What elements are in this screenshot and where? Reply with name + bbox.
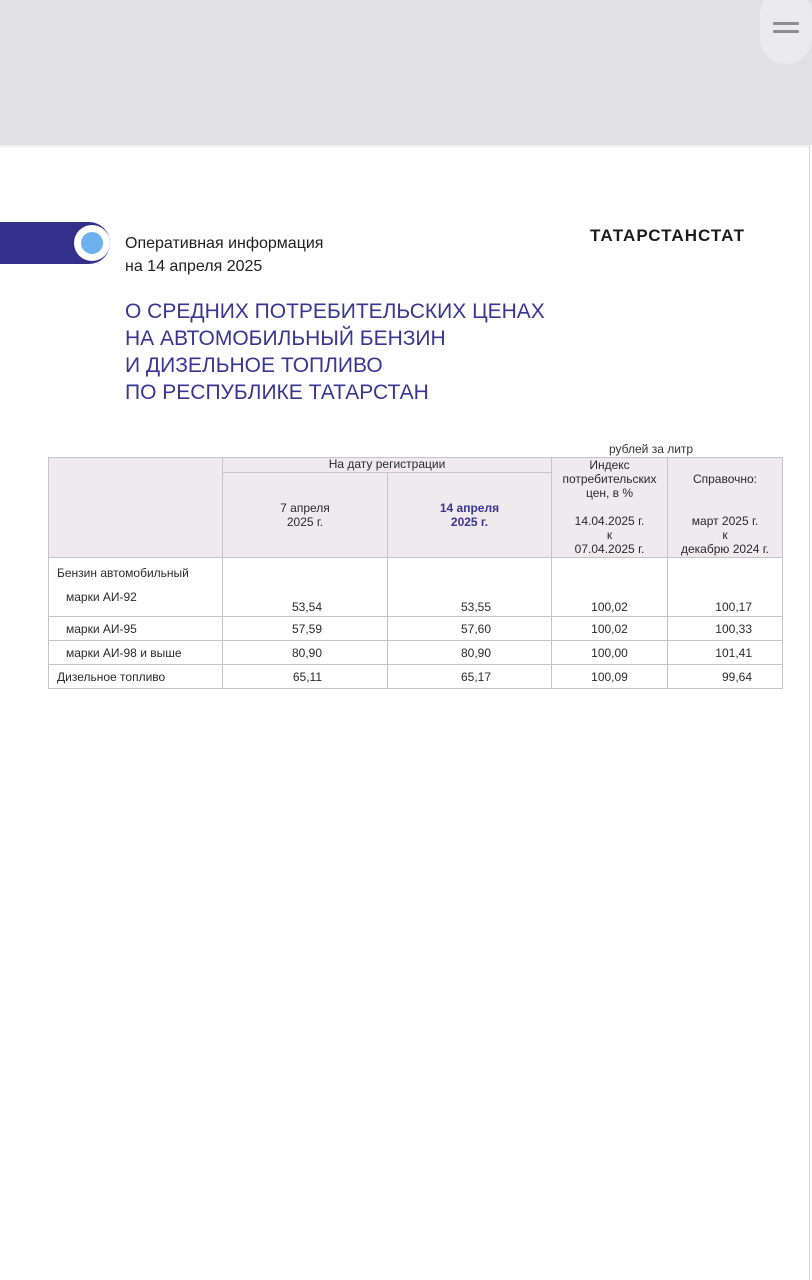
divider (0, 145, 812, 147)
row-label: Дизельное топливо (49, 665, 223, 689)
page-title: О средних потребительских ценах на автом… (125, 298, 545, 406)
viewer-top-bar (0, 0, 812, 146)
table-row: Дизельное топливо 65,11 65,17 100,09 99,… (49, 665, 783, 689)
row-label: марки АИ-98 и выше (49, 641, 223, 665)
header-text: к (552, 528, 667, 542)
header-text: к (668, 528, 782, 542)
header-text: 7 апреля (223, 501, 387, 515)
header-text: 14 апреля (388, 501, 551, 515)
cell-cpi: 100,09 (552, 665, 668, 689)
header-text: потребительских (552, 472, 667, 486)
cell-reference: 101,41 (668, 641, 783, 665)
row-label: Бензин автомобильный марки АИ-92 (49, 558, 223, 617)
row-label: марки АИ-95 (49, 617, 223, 641)
cell-apr7: 65,11 (223, 665, 388, 689)
cell-cpi: 100,00 (552, 641, 668, 665)
header-registration-date: На дату регистрации (223, 458, 552, 473)
header-text: Индекс (552, 458, 667, 472)
header-text: 2025 г. (223, 515, 387, 529)
table-row: марки АИ-95 57,59 57,60 100,02 100,33 (49, 617, 783, 641)
cell-reference: 100,33 (668, 617, 783, 641)
cell-apr7: 80,90 (223, 641, 388, 665)
title-line: на автомобильный бензин (125, 325, 545, 352)
cell-apr14: 80,90 (388, 641, 552, 665)
header-text: цен, в % (552, 486, 667, 500)
header-text: март 2025 г. (668, 514, 782, 528)
info-line-1: Оперативная информация (125, 232, 323, 255)
units-label: рублей за литр (609, 442, 693, 456)
cell-apr7: 57,59 (223, 617, 388, 641)
header-text: Справочно: (668, 472, 782, 486)
accent-dot-icon (81, 232, 103, 254)
header-text: 14.04.2025 г. (552, 514, 667, 528)
cell-apr14: 57,60 (388, 617, 552, 641)
cell-apr7: 53,54 (223, 558, 388, 617)
header-empty-cell (49, 458, 223, 558)
cell-apr14: 53,55 (388, 558, 552, 617)
brand-logo: ТАТАРСТАНСТАТ (590, 226, 745, 246)
info-line-2: на 14 апреля 2025 (125, 255, 323, 278)
header-date-apr14: 14 апреля 2025 г. (388, 473, 552, 558)
operational-info: Оперативная информация на 14 апреля 2025 (125, 232, 323, 278)
header-reference: Справочно: март 2025 г. к декабрю 2024 г… (668, 458, 783, 558)
row-label: марки АИ-92 (57, 590, 222, 604)
cell-reference: 99,64 (668, 665, 783, 689)
title-line: и дизельное топливо (125, 352, 545, 379)
fuel-price-table: На дату регистрации Индекс потребительск… (48, 457, 783, 689)
title-line: по Республике Татарстан (125, 379, 545, 406)
cell-cpi: 100,02 (552, 558, 668, 617)
category-label: Бензин автомобильный (57, 566, 222, 580)
table-row: марки АИ-98 и выше 80,90 80,90 100,00 10… (49, 641, 783, 665)
scrollbar-track[interactable] (809, 146, 810, 1280)
header-text: 2025 г. (388, 515, 551, 529)
header-cpi: Индекс потребительских цен, в % 14.04.20… (552, 458, 668, 558)
header-text: декабрю 2024 г. (668, 542, 782, 556)
cell-apr14: 65,17 (388, 665, 552, 689)
cell-cpi: 100,02 (552, 617, 668, 641)
title-line: О средних потребительских ценах (125, 298, 545, 325)
cell-reference: 100,17 (668, 558, 783, 617)
table-row: Бензин автомобильный марки АИ-92 53,54 5… (49, 558, 783, 617)
header-date-apr7: 7 апреля 2025 г. (223, 473, 388, 558)
header-text: 07.04.2025 г. (552, 542, 667, 556)
hamburger-icon[interactable] (773, 22, 799, 34)
